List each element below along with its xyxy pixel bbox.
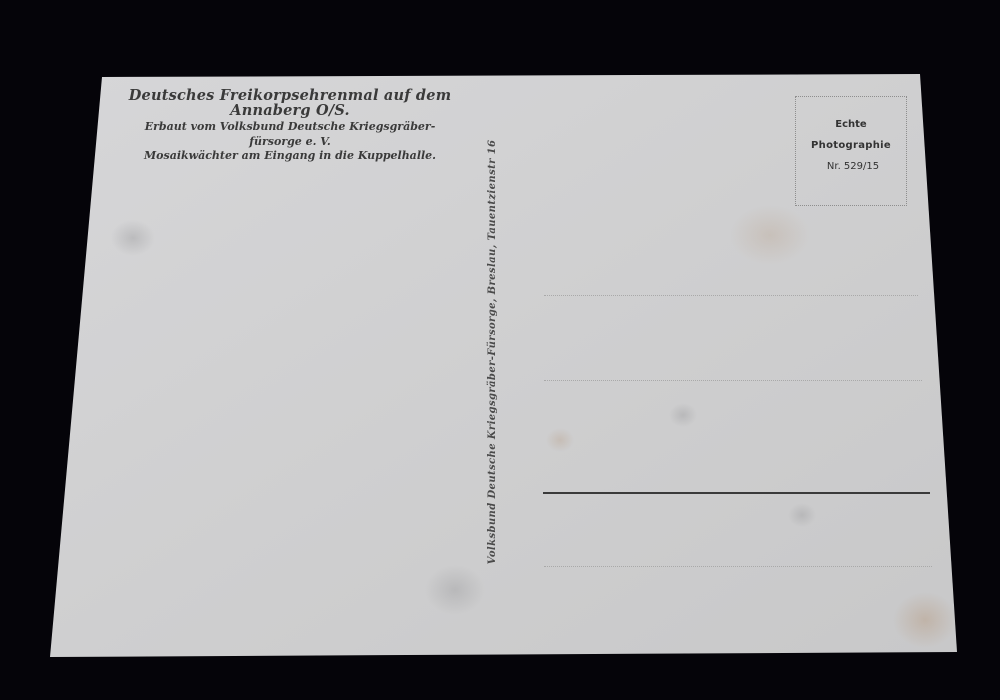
rust-stain — [546, 428, 574, 452]
address-line-2 — [544, 380, 922, 381]
address-line-4 — [544, 566, 932, 567]
stamp-line-2: Photographie — [796, 140, 906, 151]
stain-spot — [669, 403, 697, 427]
caption-description: Mosaikwächter am Eingang in die Kuppelha… — [110, 150, 470, 162]
publisher-imprint: Volksbund Deutsche Kriegsgräber-Fürsorge… — [487, 132, 501, 572]
caption-title-line-1: Deutsches Freikorpsehrenmal auf dem — [110, 88, 470, 103]
stamp-box: Echte Photographie Nr. 529/15 — [795, 96, 907, 206]
caption-title-line-2: Annaberg O/S. — [110, 103, 470, 118]
stain-spot — [425, 565, 485, 615]
stamp-line-1: Echte — [796, 119, 906, 130]
rust-stain — [893, 592, 957, 648]
caption-subtitle-line-2: fürsorge e. V. — [110, 136, 470, 148]
address-line-3 — [543, 492, 930, 494]
caption-block: Deutsches Freikorpsehrenmal auf dem Anna… — [110, 88, 470, 162]
stain-spot — [788, 503, 816, 527]
rust-stain — [730, 205, 810, 265]
stain-spot — [111, 220, 155, 256]
caption-subtitle-line-1: Erbaut vom Volksbund Deutsche Kriegsgräb… — [110, 121, 470, 133]
stamp-number: Nr. 529/15 — [800, 161, 906, 172]
address-line-1 — [544, 295, 918, 296]
